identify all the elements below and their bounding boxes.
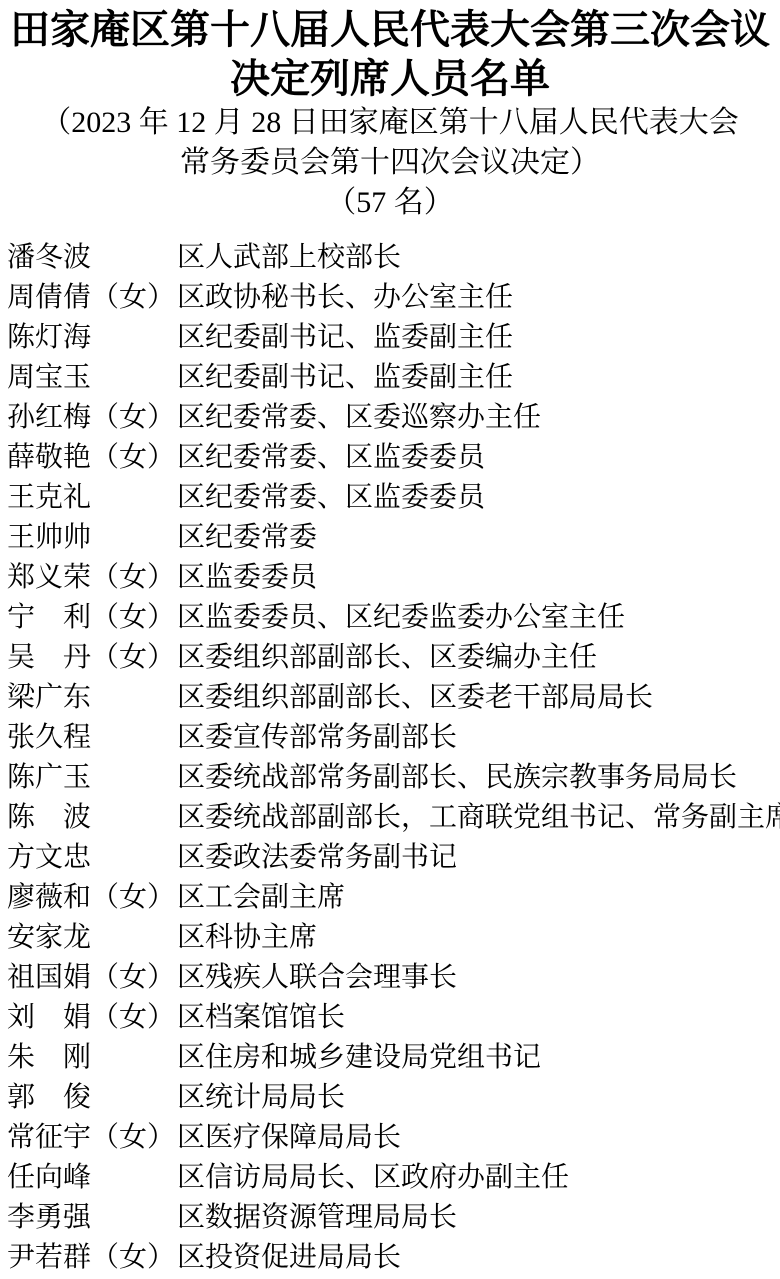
attendee-position: 区纪委副书记、监委副主任 xyxy=(177,355,780,395)
list-item: 王克礼区纪委常委、区监委委员 xyxy=(0,475,780,515)
attendee-position: 区监委委员 xyxy=(177,555,780,595)
attendee-position: 区委统战部常务副部长、民族宗教事务局局长 xyxy=(177,755,780,795)
attendee-name: 方文忠 xyxy=(7,835,177,875)
attendee-name: 王帅帅 xyxy=(7,515,177,555)
document-page: 田家庵区第十八届人民代表大会第三次会议 决定列席人员名单 （2023 年 12 … xyxy=(0,0,780,1279)
attendee-name: 薛敬艳（女） xyxy=(7,435,177,475)
attendee-position: 区委组织部副部长、区委老干部局局长 xyxy=(177,675,780,715)
title-line-1: 田家庵区第十八届人民代表大会第三次会议 xyxy=(0,5,780,54)
attendee-name: 祖国娟（女） xyxy=(7,955,177,995)
list-item: 朱 刚区住房和城乡建设局党组书记 xyxy=(0,1035,780,1075)
list-item: 尹若群（女）区投资促进局局长 xyxy=(0,1235,780,1275)
attendee-name: 陈灯海 xyxy=(7,315,177,355)
attendee-name: 尹若群（女） xyxy=(7,1235,177,1275)
attendee-position: 区纪委副书记、监委副主任 xyxy=(177,315,780,355)
attendee-list: 潘冬波区人武部上校部长周倩倩（女）区政协秘书长、办公室主任陈灯海区纪委副书记、监… xyxy=(0,235,780,1275)
list-item: 宁 利（女）区监委委员、区纪委监委办公室主任 xyxy=(0,595,780,635)
attendee-name: 梁广东 xyxy=(7,675,177,715)
list-item: 任向峰区信访局局长、区政府办副主任 xyxy=(0,1155,780,1195)
attendee-position: 区纪委常委、区监委委员 xyxy=(177,475,780,515)
list-item: 王帅帅区纪委常委 xyxy=(0,515,780,555)
decision-note-line-2: 常务委员会第十四次会议决定） xyxy=(0,143,780,183)
attendee-name: 安家龙 xyxy=(7,915,177,955)
attendee-position: 区委政法委常务副书记 xyxy=(177,835,780,875)
list-item: 孙红梅（女）区纪委常委、区委巡察办主任 xyxy=(0,395,780,435)
list-item: 常征宇（女）区医疗保障局局长 xyxy=(0,1115,780,1155)
list-item: 安家龙区科协主席 xyxy=(0,915,780,955)
attendee-name: 陈广玉 xyxy=(7,755,177,795)
attendee-position: 区残疾人联合会理事长 xyxy=(177,955,780,995)
list-item: 祖国娟（女）区残疾人联合会理事长 xyxy=(0,955,780,995)
attendee-position: 区科协主席 xyxy=(177,915,780,955)
attendee-position: 区纪委常委、区监委委员 xyxy=(177,435,780,475)
list-item: 周宝玉区纪委副书记、监委副主任 xyxy=(0,355,780,395)
attendee-name: 常征宇（女） xyxy=(7,1115,177,1155)
list-item: 陈灯海区纪委副书记、监委副主任 xyxy=(0,315,780,355)
list-item: 刘 娟（女）区档案馆馆长 xyxy=(0,995,780,1035)
list-item: 方文忠区委政法委常务副书记 xyxy=(0,835,780,875)
attendee-name: 王克礼 xyxy=(7,475,177,515)
attendee-position: 区档案馆馆长 xyxy=(177,995,780,1035)
attendee-position: 区人武部上校部长 xyxy=(177,235,780,275)
list-item: 周倩倩（女）区政协秘书长、办公室主任 xyxy=(0,275,780,315)
attendee-name: 李勇强 xyxy=(7,1195,177,1235)
attendee-position: 区政协秘书长、办公室主任 xyxy=(177,275,780,315)
attendee-count: （57 名） xyxy=(0,183,780,223)
attendee-name: 郭 俊 xyxy=(7,1075,177,1115)
attendee-position: 区监委委员、区纪委监委办公室主任 xyxy=(177,595,780,635)
list-item: 潘冬波区人武部上校部长 xyxy=(0,235,780,275)
list-item: 李勇强区数据资源管理局局长 xyxy=(0,1195,780,1235)
list-item: 郭 俊区统计局局长 xyxy=(0,1075,780,1115)
decision-note: （2023 年 12 月 28 日田家庵区第十八届人民代表大会 常务委员会第十四… xyxy=(0,103,780,183)
decision-note-line-1: （2023 年 12 月 28 日田家庵区第十八届人民代表大会 xyxy=(0,103,780,143)
attendee-name: 宁 利（女） xyxy=(7,595,177,635)
attendee-name: 孙红梅（女） xyxy=(7,395,177,435)
attendee-name: 吴 丹（女） xyxy=(7,635,177,675)
attendee-position: 区工会副主席 xyxy=(177,875,780,915)
list-item: 梁广东区委组织部副部长、区委老干部局局长 xyxy=(0,675,780,715)
list-item: 郑义荣（女）区监委委员 xyxy=(0,555,780,595)
title-line-2: 决定列席人员名单 xyxy=(0,54,780,103)
list-item: 吴 丹（女）区委组织部副部长、区委编办主任 xyxy=(0,635,780,675)
attendee-position: 区信访局局长、区政府办副主任 xyxy=(177,1155,780,1195)
attendee-position: 区统计局局长 xyxy=(177,1075,780,1115)
attendee-name: 廖薇和（女） xyxy=(7,875,177,915)
attendee-position: 区住房和城乡建设局党组书记 xyxy=(177,1035,780,1075)
attendee-position: 区委统战部副部长，工商联党组书记、常务副主席 xyxy=(177,795,780,835)
attendee-position: 区委宣传部常务副部长 xyxy=(177,715,780,755)
attendee-name: 周宝玉 xyxy=(7,355,177,395)
attendee-name: 周倩倩（女） xyxy=(7,275,177,315)
attendee-position: 区数据资源管理局局长 xyxy=(177,1195,780,1235)
attendee-position: 区纪委常委、区委巡察办主任 xyxy=(177,395,780,435)
attendee-name: 郑义荣（女） xyxy=(7,555,177,595)
attendee-name: 陈 波 xyxy=(7,795,177,835)
list-item: 张久程区委宣传部常务副部长 xyxy=(0,715,780,755)
list-item: 廖薇和（女）区工会副主席 xyxy=(0,875,780,915)
list-item: 薛敬艳（女）区纪委常委、区监委委员 xyxy=(0,435,780,475)
attendee-name: 刘 娟（女） xyxy=(7,995,177,1035)
attendee-position: 区医疗保障局局长 xyxy=(177,1115,780,1155)
attendee-name: 任向峰 xyxy=(7,1155,177,1195)
attendee-name: 张久程 xyxy=(7,715,177,755)
attendee-position: 区纪委常委 xyxy=(177,515,780,555)
attendee-name: 潘冬波 xyxy=(7,235,177,275)
list-item: 陈广玉区委统战部常务副部长、民族宗教事务局局长 xyxy=(0,755,780,795)
attendee-name: 朱 刚 xyxy=(7,1035,177,1075)
attendee-position: 区委组织部副部长、区委编办主任 xyxy=(177,635,780,675)
document-title: 田家庵区第十八届人民代表大会第三次会议 决定列席人员名单 xyxy=(0,0,780,103)
list-item: 陈 波区委统战部副部长，工商联党组书记、常务副主席 xyxy=(0,795,780,835)
attendee-position: 区投资促进局局长 xyxy=(177,1235,780,1275)
